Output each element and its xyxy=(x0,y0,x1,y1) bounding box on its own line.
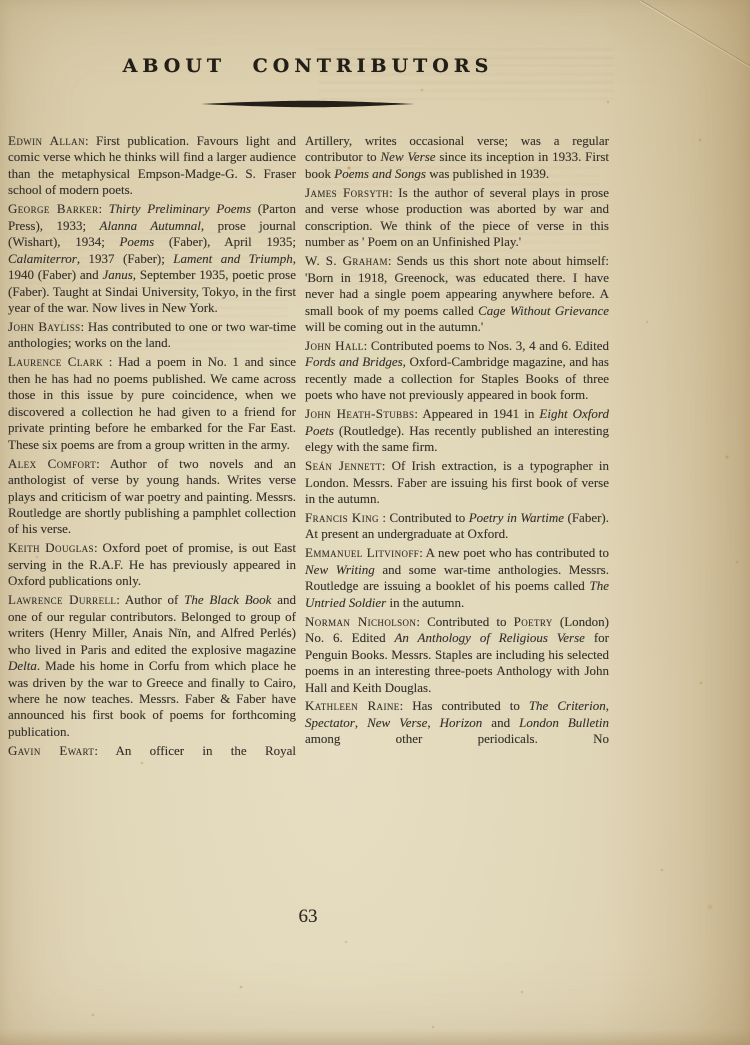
entry-text: : Contributed to xyxy=(416,614,513,629)
entry-text: in the autumn. xyxy=(386,595,464,610)
entry-text: New Verse xyxy=(367,715,427,730)
contributor-name: Lawrence Durrell xyxy=(8,592,116,607)
foxing-specks xyxy=(0,0,2,2)
entry-text: Horizon xyxy=(440,715,483,730)
entry-text: Thirty Preliminary Poems xyxy=(109,201,251,216)
tapered-rule-shape xyxy=(201,99,415,109)
contributor-entry: James Forsyth: Is the author of several … xyxy=(305,185,609,251)
page-bottom-shading xyxy=(0,1029,750,1045)
entry-text: Cage Without Grievance xyxy=(478,303,609,318)
contributor-entry: Laurence Clark : Had a poem in No. 1 and… xyxy=(8,354,296,453)
right-column: Artillery, writes occasional verse; was … xyxy=(305,133,609,750)
contributor-entry: Kathleen Raine: Has contributed to The C… xyxy=(305,698,609,747)
contributor-entry: W. S. Graham: Sends us this short note a… xyxy=(305,253,609,335)
contributor-name: George Barker xyxy=(8,201,98,216)
entry-text: (Faber), April 1935; xyxy=(154,234,296,249)
left-column: Edwin Allan: First publication. Favours … xyxy=(8,133,296,762)
entry-text: : xyxy=(98,201,108,216)
contributor-name: Gavin Ewart xyxy=(8,743,94,758)
entry-text: London Bulletin xyxy=(519,715,609,730)
entry-text: was published in 1939. xyxy=(426,166,549,181)
contributor-entry: Norman Nicholson: Contributed to Poetry … xyxy=(305,614,609,696)
contributor-entry: Artillery, writes occasional verse; was … xyxy=(305,133,609,182)
contributor-name: John Heath-Stubbs xyxy=(305,406,414,421)
contributor-name: Poetry xyxy=(514,614,553,629)
contributor-name: Laurence Clark xyxy=(8,354,103,369)
contributor-name: John Hall xyxy=(305,338,364,353)
entry-text: , xyxy=(355,715,367,730)
entry-text: . Made his home in Corfu from which plac… xyxy=(8,658,296,739)
entry-text: Lament and Triumph xyxy=(173,251,292,266)
entry-text: among other periodicals. No xyxy=(305,731,609,746)
contributor-entry: George Barker: Thirty Preliminary Poems … xyxy=(8,201,296,316)
entry-text: Spectator xyxy=(305,715,355,730)
entry-text: : Author of xyxy=(116,592,184,607)
entry-text: : An officer in the Royal xyxy=(94,743,296,758)
contributor-entry: Francis King : Contributed to Poetry in … xyxy=(305,510,609,543)
entry-text: The Black Book xyxy=(184,592,271,607)
contributor-entry: John Hall: Contributed poems to Nos. 3, … xyxy=(305,338,609,404)
entry-text: , xyxy=(606,698,609,713)
contributor-entry: Gavin Ewart: An officer in the Royal xyxy=(8,743,296,759)
contributor-name: Francis King xyxy=(305,510,379,525)
entry-text: , xyxy=(427,715,439,730)
contributor-entry: Emmanuel Litvinoff: A new poet who has c… xyxy=(305,545,609,611)
entry-text: Poetry in Wartime xyxy=(469,510,564,525)
contributor-name: W. S. Graham xyxy=(305,253,388,268)
contributor-entry: Alex Comfort: Author of two novels and a… xyxy=(8,456,296,538)
entry-text: and xyxy=(482,715,519,730)
contributor-name: Seán Jennett xyxy=(305,458,382,473)
tapered-divider-rule xyxy=(201,96,415,106)
entry-text: New Writing xyxy=(305,562,375,577)
page-number: 63 xyxy=(0,906,616,928)
entry-text: Alanna Autumnal xyxy=(100,218,201,233)
contributor-entry: John Bayliss: Has contributed to one or … xyxy=(8,319,296,352)
entry-text: New Verse xyxy=(381,149,436,164)
entry-text: Fords and Bridges xyxy=(305,354,403,369)
scanned-page: ABOUT CONTRIBUTORS Edwin Allan: First pu… xyxy=(0,0,750,1045)
contributor-entry: John Heath-Stubbs: Appeared in 1941 in E… xyxy=(305,406,609,455)
entry-text: Poems xyxy=(119,234,154,249)
contributor-name: Kathleen Raine xyxy=(305,698,400,713)
entry-text: Janus xyxy=(102,267,132,282)
contributor-name: Emmanuel Litvinoff xyxy=(305,545,419,560)
contributor-entry: Edwin Allan: First publication. Favours … xyxy=(8,133,296,199)
entry-text: Poems and Songs xyxy=(334,166,426,181)
entry-text: Delta xyxy=(8,658,37,673)
contributor-name: John Bayliss xyxy=(8,319,81,334)
entry-text: (Routledge). Has recently published an i… xyxy=(305,423,609,454)
entry-text: : Contributed poems to Nos. 3, 4 and 6. … xyxy=(364,338,609,353)
entry-text: : Contributed to xyxy=(379,510,469,525)
entry-text: will be coming out in the autumn.' xyxy=(305,319,483,334)
contributor-name: Keith Douglas xyxy=(8,540,94,555)
contributor-entry: Keith Douglas: Oxford poet of promise, i… xyxy=(8,540,296,589)
entry-text: : A new poet who has contributed to xyxy=(419,545,609,560)
entry-text: Calamiterror xyxy=(8,251,77,266)
contributor-name: James Forsyth xyxy=(305,185,389,200)
paper-crease xyxy=(640,0,750,68)
entry-text: , 1937 (Faber); xyxy=(77,251,173,266)
entry-text: The Criterion xyxy=(529,698,606,713)
entry-text: An Anthology of Religious Verse xyxy=(394,630,585,645)
page-title: ABOUT CONTRIBUTORS xyxy=(0,55,616,77)
contributor-name: Alex Comfort xyxy=(8,456,96,471)
entry-text: : Has contributed to xyxy=(400,698,529,713)
contributor-name: Norman Nicholson xyxy=(305,614,416,629)
entry-text: : Appeared in 1941 in xyxy=(414,406,539,421)
contributor-name: Edwin Allan xyxy=(8,133,85,148)
contributor-entry: Seán Jennett: Of Irish extraction, is a … xyxy=(305,458,609,507)
contributor-entry: Lawrence Durrell: Author of The Black Bo… xyxy=(8,592,296,740)
